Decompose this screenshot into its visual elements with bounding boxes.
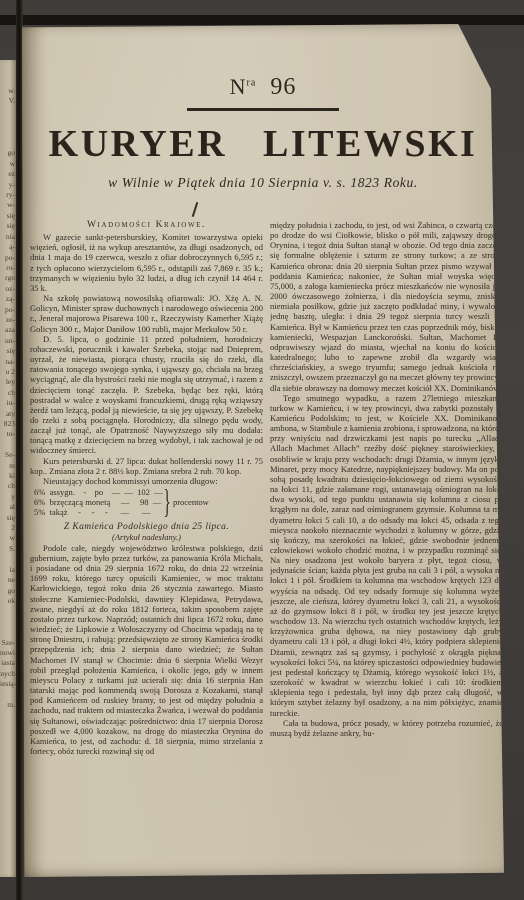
- page-edge-text-fragment: iu-: [0, 398, 17, 408]
- page-edge-text-fragment: V.: [0, 96, 17, 106]
- issue-number-value: 96: [270, 74, 296, 100]
- page-edge-text-fragment: S.: [0, 544, 17, 554]
- page-edge-text-fragment: [0, 107, 17, 117]
- page-edge-text-fragment: [0, 138, 17, 148]
- page-edge-text-fragment: Se-: [0, 450, 17, 460]
- page-edge-text-fragment: się: [0, 513, 17, 523]
- page-edge-text-fragment: po-: [0, 305, 17, 315]
- page-edge-text-fragment: aty: [0, 409, 17, 419]
- page-edge-text-fragment: aza: [0, 325, 17, 335]
- body-columns: Wiadomości Krajowe. W gazecie sankt-pete…: [30, 220, 503, 864]
- exchange-rate-row: 6% assygn. - po — — 102 —: [34, 487, 163, 497]
- page-edge-text-fragment: ch: [0, 481, 17, 491]
- body-paragraph: W gazecie sankt-petersburskiey, Komitet …: [30, 232, 263, 293]
- exchange-rate-table: 6% assygn. - po — — 102 —6% brzęczącą mo…: [34, 487, 263, 517]
- page-edge-text-fragment: ek: [0, 596, 17, 606]
- page-edge-text-fragment: w: [0, 159, 17, 169]
- page-edge-text-fragment: un-: [0, 336, 17, 346]
- book-gutter-crease: [16, 0, 23, 900]
- body-paragraph: Na szkołę powiatową nowosilską ofiarowal…: [30, 293, 263, 334]
- exchange-rate-rows: 6% assygn. - po — — 102 —6% brzęczącą mo…: [34, 487, 163, 517]
- title-word-2: LITEWSKI: [263, 122, 477, 166]
- masthead-rule: [187, 108, 339, 111]
- exchange-rate-row: 5% takąż - - - — —: [34, 507, 163, 517]
- issue-number: Nra96: [22, 74, 504, 101]
- page-edge-text-fragment: m: [0, 461, 17, 471]
- page-edge-text-fragment: ze-: [0, 315, 17, 325]
- page-edge-text-fragment: ą-: [0, 242, 17, 252]
- page-edge-text-fragment: się: [0, 211, 17, 221]
- dateline: w Wilnie w Piątek dnia 10 Sierpnia v. s.…: [22, 175, 504, 191]
- body-paragraph: między południa i zachodu, to jest, od w…: [270, 220, 503, 393]
- section-heading-domestic-news: Wiadomości Krajowe.: [30, 220, 263, 230]
- page-edge-text-fragment: się: [0, 221, 17, 231]
- title-word-1: KURYER: [49, 122, 227, 166]
- page-edge-text-fragment: w: [0, 533, 17, 543]
- page-edge-text-fragment: ez: [0, 169, 17, 179]
- page-edge-text-fragment: po-: [0, 253, 17, 263]
- page-edge-text-fragments: w.V. gowezy-ry-w-sięsięniaą-po-ro-rgooz-…: [0, 60, 17, 710]
- page-edge-text-fragment: [0, 617, 17, 627]
- page-edge-text-fragment: rgo: [0, 273, 17, 283]
- issue-superscript: ra: [247, 78, 257, 89]
- page-edge-text-fragment: go: [0, 148, 17, 158]
- page-edge-text-fragment: w.: [0, 86, 17, 96]
- article-subheading: (Artykuł nadesłany.): [30, 532, 263, 542]
- page-edge-text-fragment: 2: [0, 523, 17, 533]
- page-edge-text-fragment: w-: [0, 200, 17, 210]
- brace-glyph: }: [163, 489, 171, 515]
- page-edge-text-fragment: ał: [0, 502, 17, 512]
- article-paragraph: Podole całe, niegdy województwo królestw…: [30, 543, 263, 756]
- page-edge-text-fragment: [0, 606, 17, 616]
- masthead: Nra96 KURYER LITEWSKI w Wilnie w Piątek …: [22, 24, 504, 191]
- page-edge-text-fragment: [0, 627, 17, 637]
- body-paragraph: Tego smutnego wypadku, a razem 27letnieg…: [270, 393, 503, 718]
- exchange-rate-row: 6% brzęczącą monetą — 98 —: [34, 497, 163, 507]
- page-edge-text-fragment: iasta: [0, 658, 17, 668]
- page-edge-text-fragment: [0, 128, 17, 138]
- article-heading-kamieniec: Z Kamieńca Podolskiego dnia 25 lipca.: [30, 522, 263, 532]
- page-edge-text-fragment: nia: [0, 232, 17, 242]
- page-edge-text-fragment: [0, 690, 17, 700]
- page-edge-text-fragment: m.: [0, 700, 17, 710]
- column-2: między południa i zachodu, to jest, od w…: [270, 220, 503, 864]
- page-edge-text-fragment: ki: [0, 471, 17, 481]
- page-edge-text-fragment: ne: [0, 575, 17, 585]
- page-edge-text-fragment: nowi-: [0, 648, 17, 658]
- body-paragraph: Nieustający dochod kommissyi umorzenia d…: [30, 476, 263, 486]
- page-edge-text-fragment: y-: [0, 180, 17, 190]
- page-edge-text-fragment: ry-: [0, 190, 17, 200]
- page-edge-text-fragment: ley: [0, 377, 17, 387]
- page-edge-text-fragment: nych: [0, 669, 17, 679]
- adjacent-page-edge: w.V. gowezy-ry-w-sięsięniaą-po-ro-rgooz-…: [0, 60, 17, 877]
- column-1-paragraphs: W gazecie sankt-petersburskiey, Komitet …: [30, 232, 263, 486]
- scanner-shadow-band: [0, 15, 524, 25]
- page-edge-text-fragment: oz-: [0, 284, 17, 294]
- page-edge-text-fragment: [0, 440, 17, 450]
- issue-label: N: [230, 74, 247, 99]
- page-edge-text-fragment: na-: [0, 357, 17, 367]
- page-edge-text-fragment: u 2: [0, 367, 17, 377]
- newspaper-title: KURYER LITEWSKI: [22, 122, 504, 166]
- brace-label: procentow: [173, 497, 209, 507]
- page-edge-text-fragment: się: [0, 346, 17, 356]
- page-edge-text-fragment: go: [0, 586, 17, 596]
- column-1: Wiadomości Krajowe. W gazecie sankt-pete…: [30, 220, 263, 864]
- page-edge-text-fragment: Sze-: [0, 638, 17, 648]
- page-edge-text-fragment: [0, 117, 17, 127]
- page-edge-text-fragment: ia: [0, 565, 17, 575]
- page-edge-text-fragment: y: [0, 492, 17, 502]
- body-paragraph: D. 5. lipca, o godzinie 11 przed południ…: [30, 334, 263, 456]
- page-edge-text-fragment: iesią-: [0, 679, 17, 689]
- ink-smudge: [192, 202, 199, 217]
- book-scan: w.V. gowezy-ry-w-sięsięniaą-po-ro-rgooz-…: [0, 0, 524, 900]
- body-paragraph: Cała ta budowa, prócz posady, w którey p…: [270, 718, 503, 738]
- page-edge-text-fragment: ro-: [0, 263, 17, 273]
- newspaper-page: Nra96 KURYER LITEWSKI w Wilnie w Piątek …: [22, 24, 504, 877]
- page-edge-text-fragment: to-: [0, 429, 17, 439]
- page-edge-text-fragment: 823: [0, 419, 17, 429]
- body-paragraph: Kurs petersburski d. 27 lipca: dukat hol…: [30, 456, 263, 476]
- page-edge-text-fragment: [0, 554, 17, 564]
- page-edge-text-fragment: ch: [0, 388, 17, 398]
- page-edge-text-fragment: zą-: [0, 294, 17, 304]
